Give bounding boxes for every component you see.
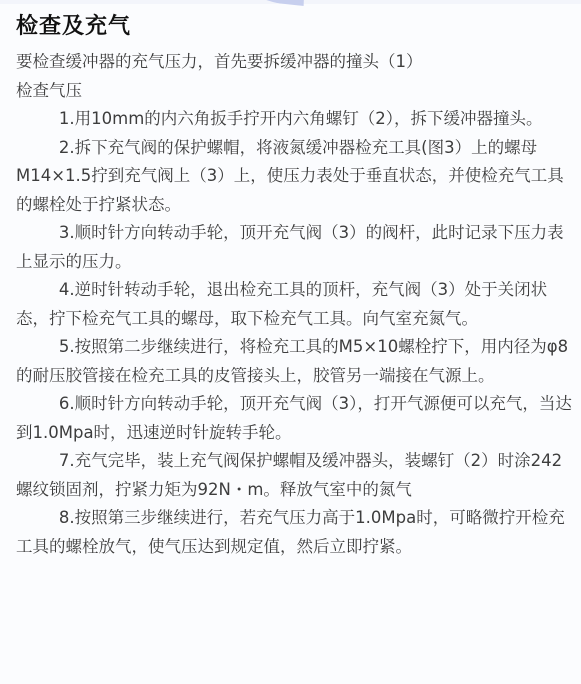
step-6: 6.顺时针方向转动手轮，顶开充气阀（3），打开气源便可以充气，当达到1.0Mpa…	[16, 390, 572, 447]
step-3: 3.顺时针方向转动手轮，顶开充气阀（3）的阀杆，此时记录下压力表上显示的压力。	[16, 219, 572, 276]
step-4: 4.逆时针转动手轮，退出检充工具的顶杆，充气阀（3）处于关闭状态，拧下检充气工具…	[16, 276, 572, 333]
step-8: 8.按照第三步继续进行，若充气压力高于1.0Mpa时，可略微拧开检充工具的螺栓放…	[16, 504, 572, 561]
intro-text: 要检查缓冲器的充气压力，首先要拆缓冲器的撞头（1）	[16, 48, 572, 77]
step-2: 2.拆下充气阀的保护螺帽，将液氮缓冲器检充工具(图3）上的螺母M14×1.5拧到…	[16, 134, 572, 220]
subheading: 检查气压	[16, 77, 572, 106]
document-body: 检查及充气 要检查缓冲器的充气压力，首先要拆缓冲器的撞头（1） 检查气压 1.用…	[16, 12, 572, 561]
document-title: 检查及充气	[16, 12, 572, 42]
step-1: 1.用10mm的内六角扳手拧开内六角螺钉（2），拆下缓冲器撞头。	[16, 105, 572, 134]
step-5: 5.按照第二步继续进行，将检充工具的M5×10螺栓拧下，用内径为φ8的耐压胶管接…	[16, 333, 572, 390]
step-7: 7.充气完毕，装上充气阀保护螺帽及缓冲器头，装螺钉（2）时涂242螺纹锁固剂，拧…	[16, 447, 572, 504]
